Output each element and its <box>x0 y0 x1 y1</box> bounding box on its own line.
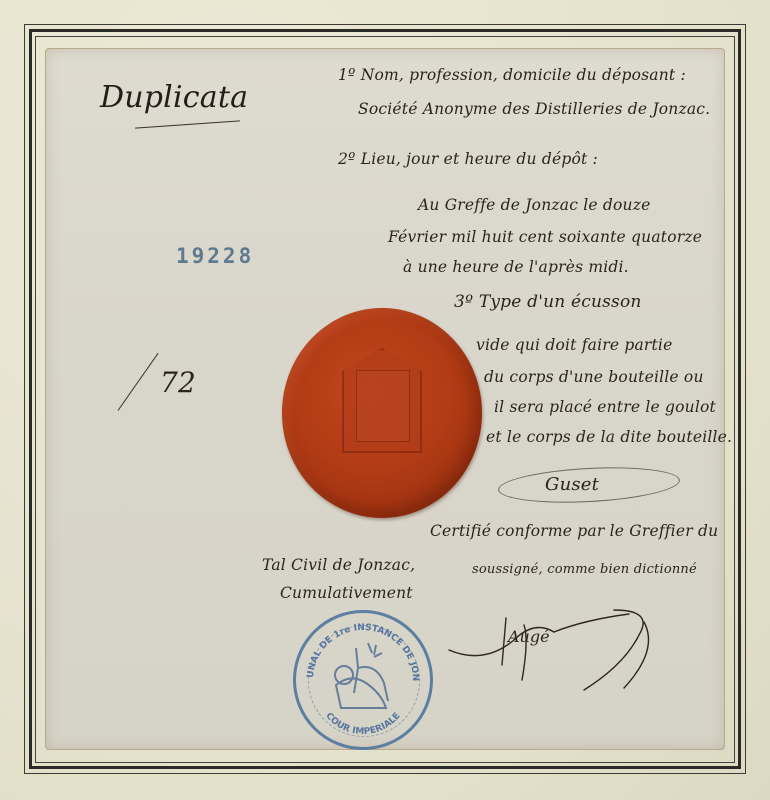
section-3-line-4: il sera placé entre le goulot <box>494 398 716 416</box>
section-3-line-5: et le corps de la dite bouteille. <box>486 428 732 446</box>
seated-figure-icon: TRIBUNAL DE 1re INSTANCE DE JONZAC COUR … <box>296 613 430 747</box>
section-1-value: Société Anonyme des Distilleries de Jonz… <box>358 100 710 118</box>
section-3-line-2: vide qui doit faire partie <box>476 336 672 354</box>
certification-line-2-right: soussigné, comme bien dictionné <box>472 562 697 577</box>
greffier-signature-text: Augé <box>506 627 550 646</box>
section-2-line-1: Au Greffe de Jonzac le douze <box>418 196 650 214</box>
certification-line-1: Certifié conforme par le Greffier du <box>430 522 718 540</box>
shield-inner-panel <box>356 370 410 442</box>
certification-line-3: Cumulativement <box>280 584 413 602</box>
section-1-heading: Nom, profession, domicile du déposant : <box>361 66 686 84</box>
svg-text:COUR IMPERIALE: COUR IMPERIALE <box>323 711 402 737</box>
red-wax-seal <box>282 308 482 518</box>
section-3-line-3: du corps d'une bouteille ou <box>484 368 704 386</box>
greffier-signature: Augé <box>444 590 664 700</box>
section-2-line-3: à une heure de l'après midi. <box>403 258 629 276</box>
section-1-marker: 1º <box>338 66 356 84</box>
section-3-marker: 3º <box>454 292 473 312</box>
section-2-heading: Lieu, jour et heure du dépôt : <box>361 150 598 168</box>
stamp-bottom-text: COUR IMPERIALE <box>323 711 402 737</box>
certification-line-2-left: Tal Civil de Jonzac, <box>262 556 415 574</box>
section-2-line: 2º Lieu, jour et heure du dépôt : <box>338 150 598 168</box>
section-3-line-1: 3º Type d'un écusson <box>454 292 642 312</box>
section-2-marker: 2º <box>338 150 356 168</box>
registration-number-stamp: 19228 <box>176 244 254 268</box>
court-ink-stamp: TRIBUNAL DE 1re INSTANCE DE JONZAC COUR … <box>293 610 433 750</box>
document-title: Duplicata <box>100 80 248 115</box>
section-1-line: 1º Nom, profession, domicile du déposant… <box>338 66 686 84</box>
folio-mark: 72 <box>160 366 196 399</box>
depositor-signature: Guset <box>545 474 599 495</box>
section-2-line-2: Février mil huit cent soixante quatorze <box>388 228 702 246</box>
